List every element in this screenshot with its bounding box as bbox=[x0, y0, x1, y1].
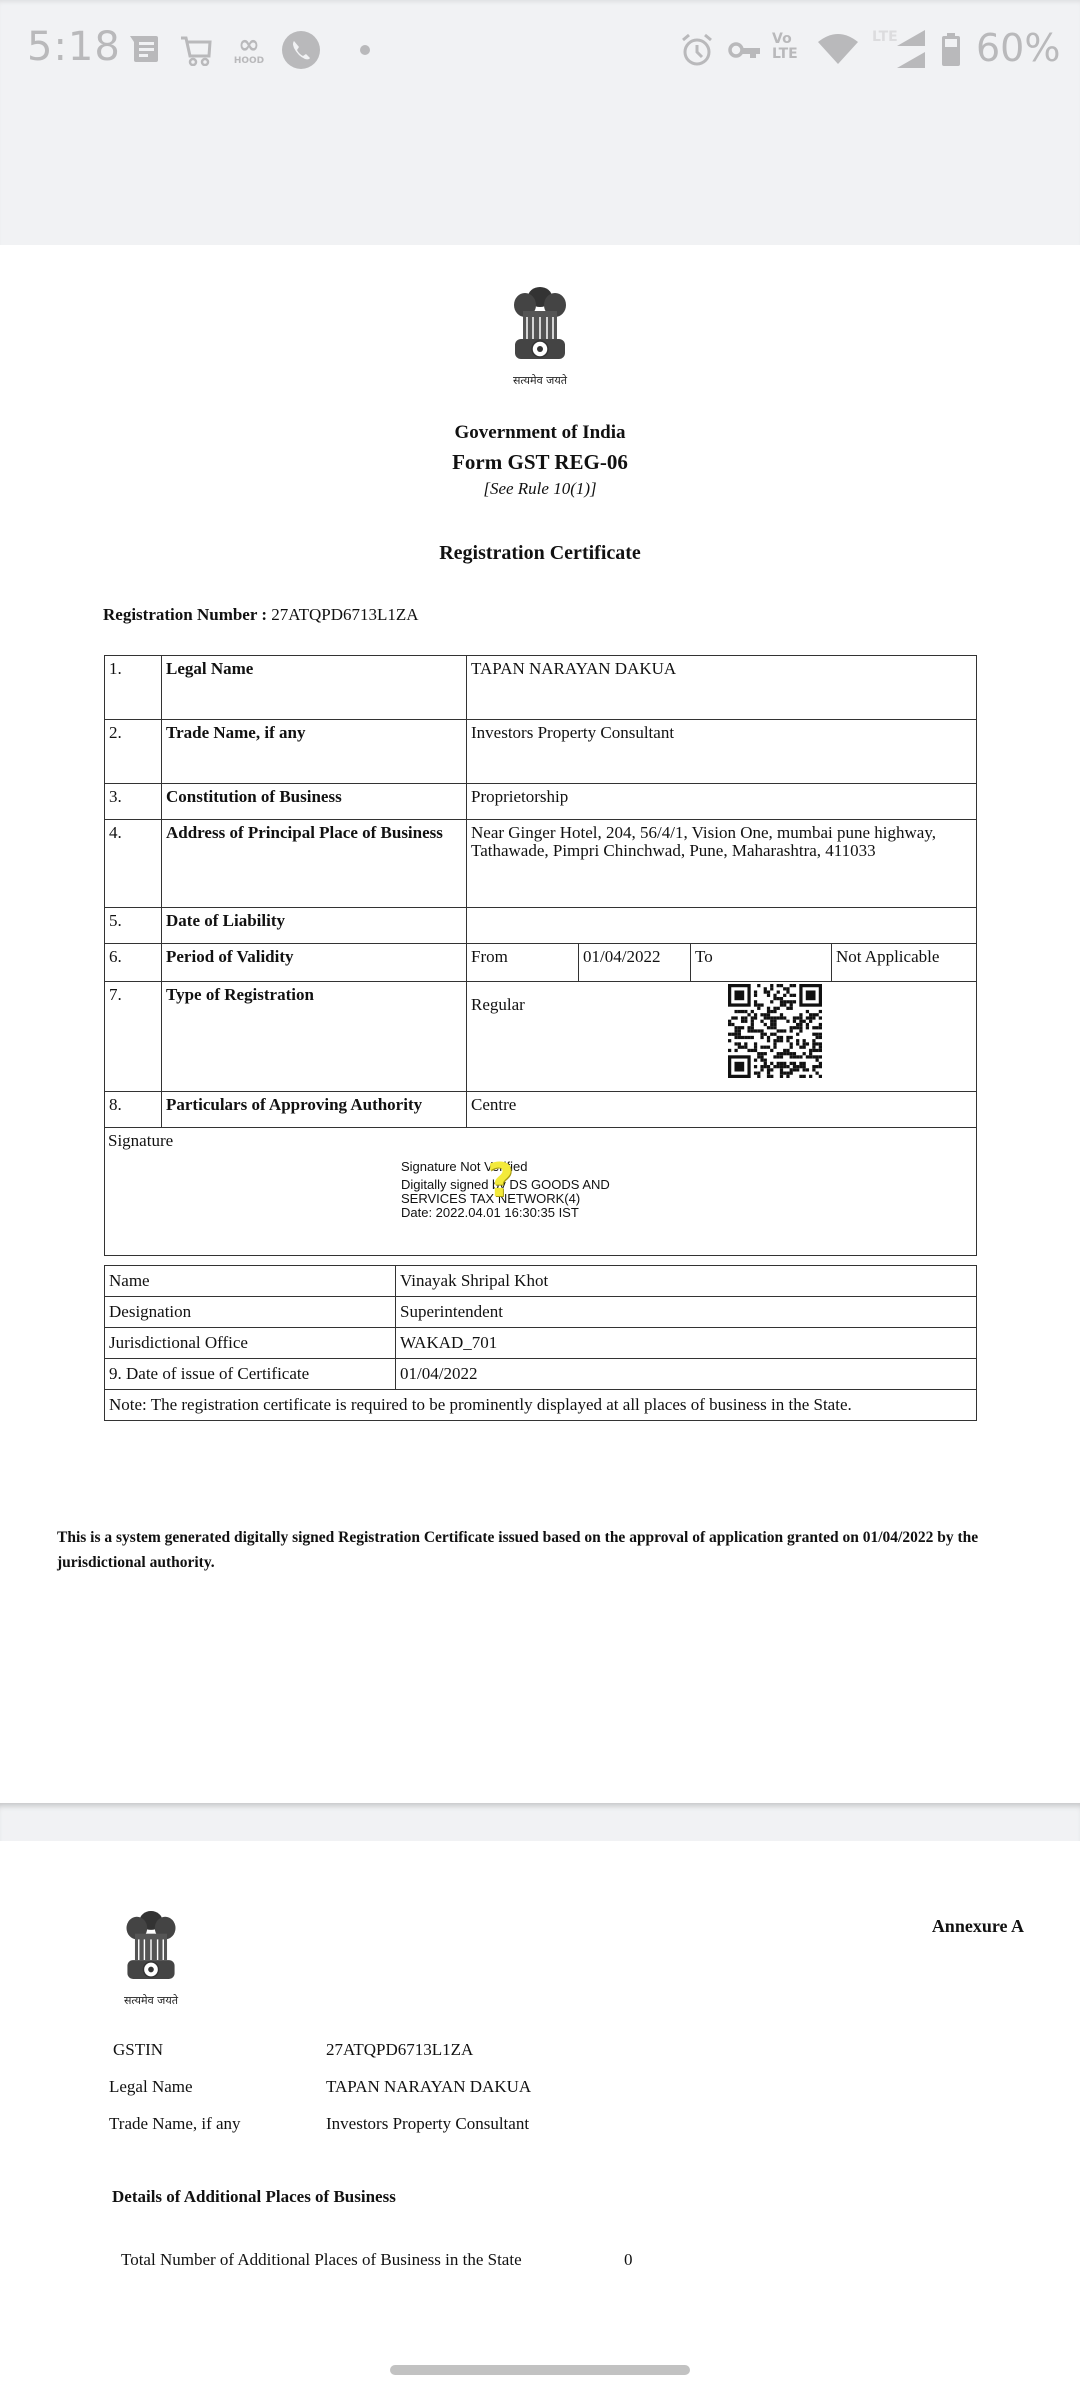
table-row: Name Vinayak Shripal Khot bbox=[105, 1266, 977, 1297]
row-number: 4. bbox=[105, 820, 162, 908]
officer-value: Superintendent bbox=[396, 1297, 977, 1328]
volte-label-bottom: LTE bbox=[772, 47, 798, 62]
registration-number-value: 27ATQPD6713L1ZA bbox=[271, 605, 418, 624]
phone-call-icon bbox=[282, 31, 320, 69]
row-number: 8. bbox=[105, 1092, 162, 1128]
cart-icon bbox=[180, 36, 212, 66]
row-number: 7. bbox=[105, 982, 162, 1092]
signal-icon bbox=[897, 30, 927, 68]
home-gesture-handle[interactable] bbox=[390, 2365, 690, 2375]
row-value-cell: Regular bbox=[467, 982, 977, 1092]
validity-to-date: Not Applicable bbox=[832, 944, 977, 982]
table-row: Designation Superintendent bbox=[105, 1297, 977, 1328]
officer-label: Jurisdictional Office bbox=[105, 1328, 396, 1359]
messages-icon bbox=[130, 36, 158, 64]
qr-code bbox=[728, 984, 822, 1078]
emblem-motto: सत्यमेव जयते bbox=[490, 373, 590, 388]
alarm-icon bbox=[680, 33, 714, 67]
annexure-page: सत्यमेव जयते Annexure A GSTIN 27ATQPD671… bbox=[0, 1841, 1080, 2400]
row-label: Period of Validity bbox=[162, 944, 467, 982]
wifi-icon bbox=[818, 32, 858, 64]
clock: 5:18 bbox=[27, 24, 121, 70]
row-number: 1. bbox=[105, 656, 162, 720]
form-title: Form GST REG-06 bbox=[0, 450, 1080, 475]
volte-icon: Vo LTE bbox=[772, 32, 798, 62]
row-number: 3. bbox=[105, 784, 162, 820]
table-row: 7. Type of Registration Regular bbox=[105, 982, 977, 1092]
officer-label: Designation bbox=[105, 1297, 396, 1328]
row-value: Centre bbox=[467, 1092, 977, 1128]
national-emblem-icon bbox=[505, 277, 575, 369]
status-bar: 5:18 ∞ HOOD Vo LTE LTE bbox=[0, 0, 1080, 245]
table-row: 9. Date of issue of Certificate 01/04/20… bbox=[105, 1359, 977, 1390]
table-row: 3. Constitution of Business Proprietorsh… bbox=[105, 784, 977, 820]
row-value: Near Ginger Hotel, 204, 56/4/1, Vision O… bbox=[467, 820, 977, 908]
additional-places-heading: Details of Additional Places of Business bbox=[112, 2187, 396, 2207]
system-generated-note: This is a system generated digitally sig… bbox=[57, 1525, 1037, 1575]
signature-line-3: Date: 2022.04.01 16:30:35 IST bbox=[401, 1206, 610, 1220]
certificate-page: सत्यमेव जयते Government of India Form GS… bbox=[0, 245, 1080, 1803]
legal-name-value: TAPAN NARAYAN DAKUA bbox=[326, 2077, 531, 2097]
hood-label: HOOD bbox=[232, 56, 266, 66]
volte-label-top: Vo bbox=[772, 32, 798, 47]
officer-value: WAKAD_701 bbox=[396, 1328, 977, 1359]
table-row: 2. Trade Name, if any Investors Property… bbox=[105, 720, 977, 784]
row-number: 5. bbox=[105, 908, 162, 944]
signature-label: Signature bbox=[108, 1131, 173, 1150]
gstin-value: 27ATQPD6713L1ZA bbox=[326, 2040, 473, 2060]
battery-icon bbox=[942, 33, 960, 66]
trade-name-value: Investors Property Consultant bbox=[326, 2114, 529, 2134]
row-number: 2. bbox=[105, 720, 162, 784]
table-row: 6. Period of Validity From 01/04/2022 To… bbox=[105, 944, 977, 982]
additional-places-count-label: Total Number of Additional Places of Bus… bbox=[121, 2250, 522, 2270]
row-label: Legal Name bbox=[162, 656, 467, 720]
rule-reference: [See Rule 10(1)] bbox=[0, 479, 1080, 499]
government-heading: Government of India bbox=[0, 422, 1080, 444]
table-row: 5. Date of Liability bbox=[105, 908, 977, 944]
row-label: Address of Principal Place of Business bbox=[162, 820, 467, 908]
validity-from-date: 01/04/2022 bbox=[579, 944, 691, 982]
table-row: Note: The registration certificate is re… bbox=[105, 1390, 977, 1421]
row-value: Regular bbox=[471, 996, 972, 1014]
officer-table: Name Vinayak Shripal Khot Designation Su… bbox=[104, 1265, 977, 1421]
annexure-title: Annexure A bbox=[932, 1916, 1024, 1937]
table-row: 1. Legal Name TAPAN NARAYAN DAKUA bbox=[105, 656, 977, 720]
registration-number-label: Registration Number : bbox=[103, 605, 267, 624]
registration-number-line: Registration Number : 27ATQPD6713L1ZA bbox=[103, 605, 419, 625]
additional-places-count-value: 0 bbox=[624, 2250, 633, 2270]
table-row: Jurisdictional Office WAKAD_701 bbox=[105, 1328, 977, 1359]
row-label: Particulars of Approving Authority bbox=[162, 1092, 467, 1128]
row-value: Investors Property Consultant bbox=[467, 720, 977, 784]
national-emblem-icon bbox=[118, 1901, 184, 1989]
lte-label: LTE bbox=[872, 29, 898, 45]
table-row: 8. Particulars of Approving Authority Ce… bbox=[105, 1092, 977, 1128]
row-label: Type of Registration bbox=[162, 982, 467, 1092]
validity-from-label: From bbox=[467, 944, 579, 982]
row-label: Trade Name, if any bbox=[162, 720, 467, 784]
row-value: TAPAN NARAYAN DAKUA bbox=[467, 656, 977, 720]
officer-value: 01/04/2022 bbox=[396, 1359, 977, 1390]
row-value bbox=[467, 908, 977, 944]
row-value: Proprietorship bbox=[467, 784, 977, 820]
legal-name-label: Legal Name bbox=[109, 2077, 193, 2097]
table-row: 4. Address of Principal Place of Busines… bbox=[105, 820, 977, 908]
signature-unverified-icon: ? bbox=[487, 1153, 514, 1207]
page-separator bbox=[0, 1803, 1080, 1841]
officer-label: 9. Date of issue of Certificate bbox=[105, 1359, 396, 1390]
officer-label: Name bbox=[105, 1266, 396, 1297]
hood-app-icon: ∞ HOOD bbox=[232, 34, 266, 66]
validity-to-label: To bbox=[691, 944, 832, 982]
emblem-motto: सत्यमेव जयते bbox=[106, 1993, 196, 2008]
row-label: Date of Liability bbox=[162, 908, 467, 944]
battery-percent: 60% bbox=[976, 26, 1060, 70]
row-label: Constitution of Business bbox=[162, 784, 467, 820]
row-number: 6. bbox=[105, 944, 162, 982]
vpn-key-icon bbox=[728, 40, 762, 60]
notification-dot-icon bbox=[360, 45, 370, 55]
certificate-title: Registration Certificate bbox=[0, 542, 1080, 565]
officer-value: Vinayak Shripal Khot bbox=[396, 1266, 977, 1297]
gstin-label: GSTIN bbox=[113, 2040, 163, 2060]
trade-name-label: Trade Name, if any bbox=[109, 2114, 241, 2134]
display-note: Note: The registration certificate is re… bbox=[105, 1390, 977, 1421]
